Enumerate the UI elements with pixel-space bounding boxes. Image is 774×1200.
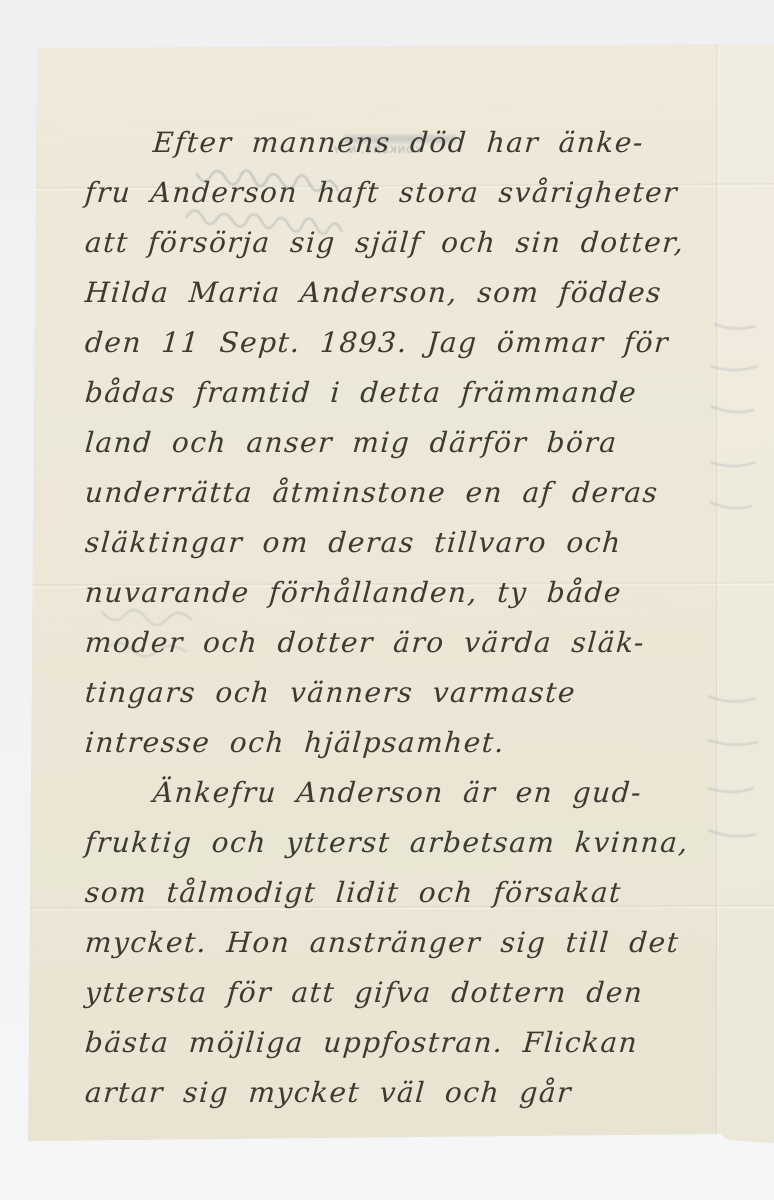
letter-line: Efter mannens död har änke- bbox=[83, 118, 774, 168]
letter-line: nuvarande förhållanden, ty både bbox=[83, 568, 774, 618]
letter-line: intresse och hjälpsamhet. bbox=[83, 718, 774, 768]
scan-background: YONKERS, N. Y bbox=[0, 0, 774, 1200]
letter-line: artar sig mycket väl och går bbox=[83, 1068, 774, 1118]
letter-line: bådas framtid i detta främmande bbox=[83, 368, 774, 418]
letter-line: som tålmodigt lidit och försakat bbox=[83, 868, 774, 918]
letter-line: bästa möjliga uppfostran. Flickan bbox=[83, 1018, 774, 1068]
letter-line: fruktig och ytterst arbetsam kvinna, bbox=[83, 818, 774, 868]
letter-line: mycket. Hon anstränger sig till det bbox=[83, 918, 774, 968]
letter-line: yttersta för att gifva dottern den bbox=[83, 968, 774, 1018]
letter-line: land och anser mig därför böra bbox=[83, 418, 774, 468]
letter-line: moder och dotter äro värda släk- bbox=[83, 618, 774, 668]
letter-line: tingars och vänners varmaste bbox=[83, 668, 774, 718]
letter-line: släktingar om deras tillvaro och bbox=[83, 518, 774, 568]
letter-line: att försörja sig själf och sin dotter, bbox=[83, 218, 774, 268]
letter-line: underrätta åtminstone en af deras bbox=[83, 468, 774, 518]
letter-line: Änkefru Anderson är en gud- bbox=[83, 768, 774, 818]
letter-body: Efter mannens död har änke-fru Anderson … bbox=[85, 118, 774, 1118]
letter-line: den 11 Sept. 1893. Jag ömmar för bbox=[83, 318, 774, 368]
letter-paper: YONKERS, N. Y bbox=[28, 44, 774, 1145]
letter-line: Hilda Maria Anderson, som föddes bbox=[83, 268, 774, 318]
letter-line: fru Anderson haft stora svårigheter bbox=[83, 168, 774, 218]
